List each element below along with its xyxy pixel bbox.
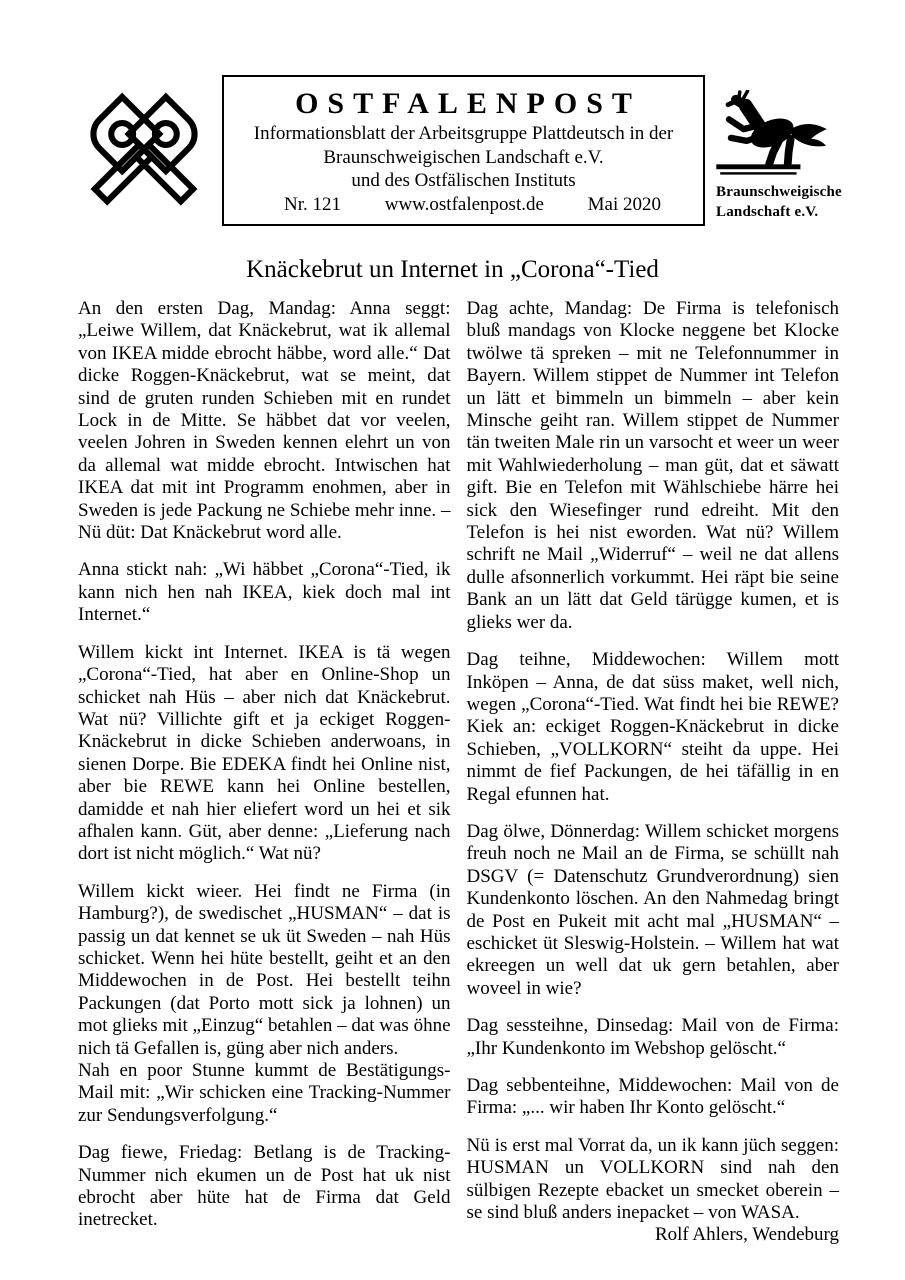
masthead-subtitle-3: und des Ostfälischen Instituts	[224, 169, 703, 193]
paragraph: Dag teihne, Middewochen: Willem mott Ink…	[467, 649, 840, 806]
masthead-meta-row: Nr. 121 www.ostfalenpost.de Mai 2020	[224, 193, 703, 217]
horse-caption: Braunschweigische Landschaft e.V.	[716, 183, 856, 222]
issue-number: Nr. 121	[284, 193, 341, 217]
braunschweig-landschaft-logo: Braunschweigische Landschaft e.V.	[716, 90, 856, 222]
paragraph: An den ersten Dag, Mandag: Anna seggt: „…	[78, 298, 451, 544]
issue-date: Mai 2020	[588, 193, 661, 217]
horse-caption-line1: Braunschweigische	[716, 183, 856, 203]
article-title: Knäckebrut un Internet in „Corona“-Tied	[0, 255, 905, 284]
paragraph: Nü is erst mal Vorrat da, un ik kann jüc…	[467, 1135, 840, 1225]
right-column: Dag achte, Mandag: De Firma is telefonis…	[467, 298, 840, 1247]
horse-caption-line2: Landschaft e.V.	[716, 203, 856, 223]
author-signature: Rolf Ahlers, Wendeburg	[467, 1224, 840, 1246]
newsletter-title: OSTFALENPOST	[224, 86, 703, 122]
paragraph: Dag achte, Mandag: De Firma is telefonis…	[467, 298, 840, 634]
masthead-subtitle-2: Braunschweigischen Landschaft e.V.	[224, 146, 703, 170]
paragraph: Nah en poor Stunne kummt de Bestätigungs…	[78, 1060, 451, 1127]
masthead-box: OSTFALENPOST Informationsblatt der Arbei…	[222, 75, 705, 226]
crossed-keys-logo	[74, 86, 214, 210]
website-url: www.ostfalenpost.de	[385, 193, 544, 217]
paragraph: Anna stickt nah: „Wi häbbet „Corona“-Tie…	[78, 559, 451, 626]
masthead-subtitle-1: Informationsblatt der Arbeitsgruppe Plat…	[224, 122, 703, 146]
paragraph: Dag sebbenteihne, Middewochen: Mail von …	[467, 1075, 840, 1120]
paragraph: Dag fiewe, Friedag: Betlang is de Tracki…	[78, 1142, 451, 1232]
crossed-keys-icon	[74, 86, 214, 210]
paragraph: Willem kickt wieer. Hei findt ne Firma (…	[78, 881, 451, 1060]
newsletter-header: OSTFALENPOST Informationsblatt der Arbei…	[0, 0, 905, 222]
rearing-horse-icon	[716, 90, 834, 180]
article-body: An den ersten Dag, Mandag: Anna seggt: „…	[78, 298, 839, 1247]
paragraph: Dag ölwe, Dönnerdag: Willem schicket mor…	[467, 821, 840, 1000]
left-column: An den ersten Dag, Mandag: Anna seggt: „…	[78, 298, 451, 1247]
paragraph: Willem kickt int Internet. IKEA is tä we…	[78, 642, 451, 866]
newsletter-page: { "header": { "masthead": { "title": "OS…	[0, 0, 905, 1280]
paragraph: Dag sessteihne, Dinsedag: Mail von de Fi…	[467, 1015, 840, 1060]
